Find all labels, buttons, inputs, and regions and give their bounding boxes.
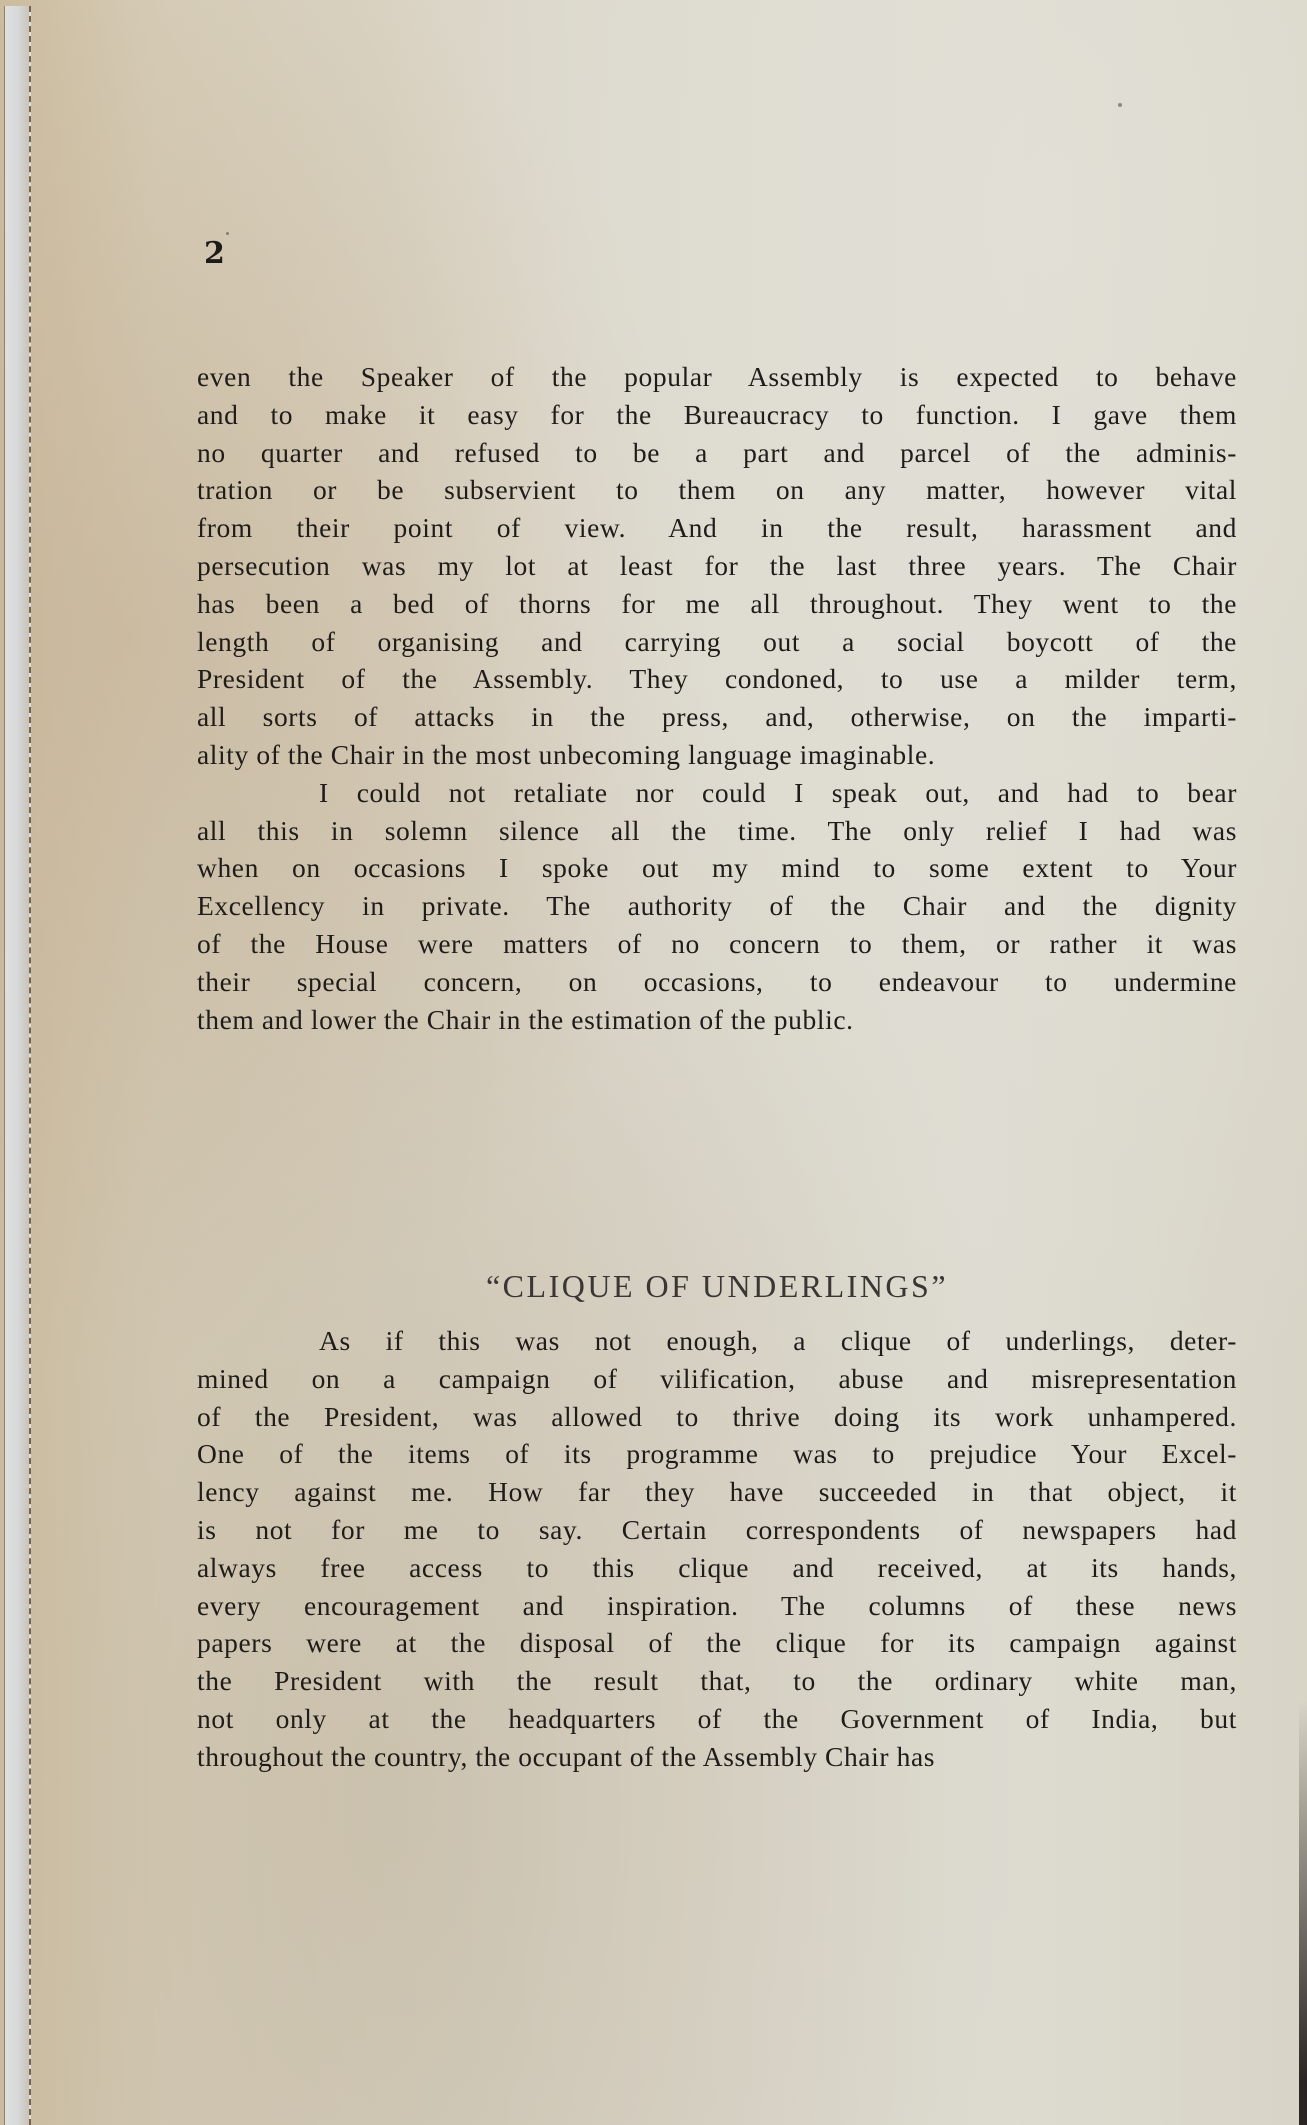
text-line: is not for me to say. Certain correspond… bbox=[197, 1513, 1237, 1547]
text-line: always free access to this clique and re… bbox=[197, 1551, 1237, 1585]
text-line: the President with the result that, to t… bbox=[197, 1664, 1237, 1698]
text-line: mined on a campaign of vilification, abu… bbox=[197, 1362, 1237, 1396]
text-line: papers were at the disposal of the cliqu… bbox=[197, 1626, 1237, 1660]
binding-edge bbox=[4, 6, 31, 2125]
text-line: even the Speaker of the popular Assembly… bbox=[197, 360, 1237, 394]
text-line: when on occasions I spoke out my mind to… bbox=[197, 851, 1237, 885]
text-line: throughout the country, the occupant of … bbox=[197, 1740, 1237, 1774]
text-line: them and lower the Chair in the estimati… bbox=[197, 1003, 1237, 1037]
text-line: all sorts of attacks in the press, and, … bbox=[197, 700, 1237, 734]
text-line: President of the Assembly. They condoned… bbox=[197, 662, 1237, 696]
page-edge-shadow bbox=[1299, 1700, 1307, 2125]
text-line: lency against me. How far they have succ… bbox=[197, 1475, 1237, 1509]
text-line: ality of the Chair in the most unbecomin… bbox=[197, 738, 1237, 772]
text-line: no quarter and refused to be a part and … bbox=[197, 436, 1237, 470]
text-line: As if this was not enough, a clique of u… bbox=[197, 1324, 1237, 1358]
document-page: 2 even the Speaker of the popular Assemb… bbox=[0, 0, 1307, 2125]
text-line: their special concern, on occasions, to … bbox=[197, 965, 1237, 999]
text-line: I could not retaliate nor could I speak … bbox=[197, 776, 1237, 810]
text-line: tration or be subservient to them on any… bbox=[197, 473, 1237, 507]
text-line: of the President, was allowed to thrive … bbox=[197, 1400, 1237, 1434]
text-line: length of organising and carrying out a … bbox=[197, 625, 1237, 659]
section-heading: “CLIQUE OF UNDERLINGS” bbox=[197, 1268, 1237, 1305]
text-line: has been a bed of thorns for me all thro… bbox=[197, 587, 1237, 621]
ink-speck bbox=[1118, 103, 1122, 107]
text-line: of the House were matters of no concern … bbox=[197, 927, 1237, 961]
page-number: 2 bbox=[204, 236, 225, 271]
text-line: from their point of view. And in the res… bbox=[197, 511, 1237, 545]
text-line: and to make it easy for the Bureaucracy … bbox=[197, 398, 1237, 432]
ink-speck bbox=[226, 232, 229, 235]
text-line: One of the items of its programme was to… bbox=[197, 1437, 1237, 1471]
text-line: all this in solemn silence all the time.… bbox=[197, 814, 1237, 848]
text-line: every encouragement and inspiration. The… bbox=[197, 1589, 1237, 1623]
text-line: not only at the headquarters of the Gove… bbox=[197, 1702, 1237, 1736]
text-line: persecution was my lot at least for the … bbox=[197, 549, 1237, 583]
text-line: Excellency in private. The authority of … bbox=[197, 889, 1237, 923]
